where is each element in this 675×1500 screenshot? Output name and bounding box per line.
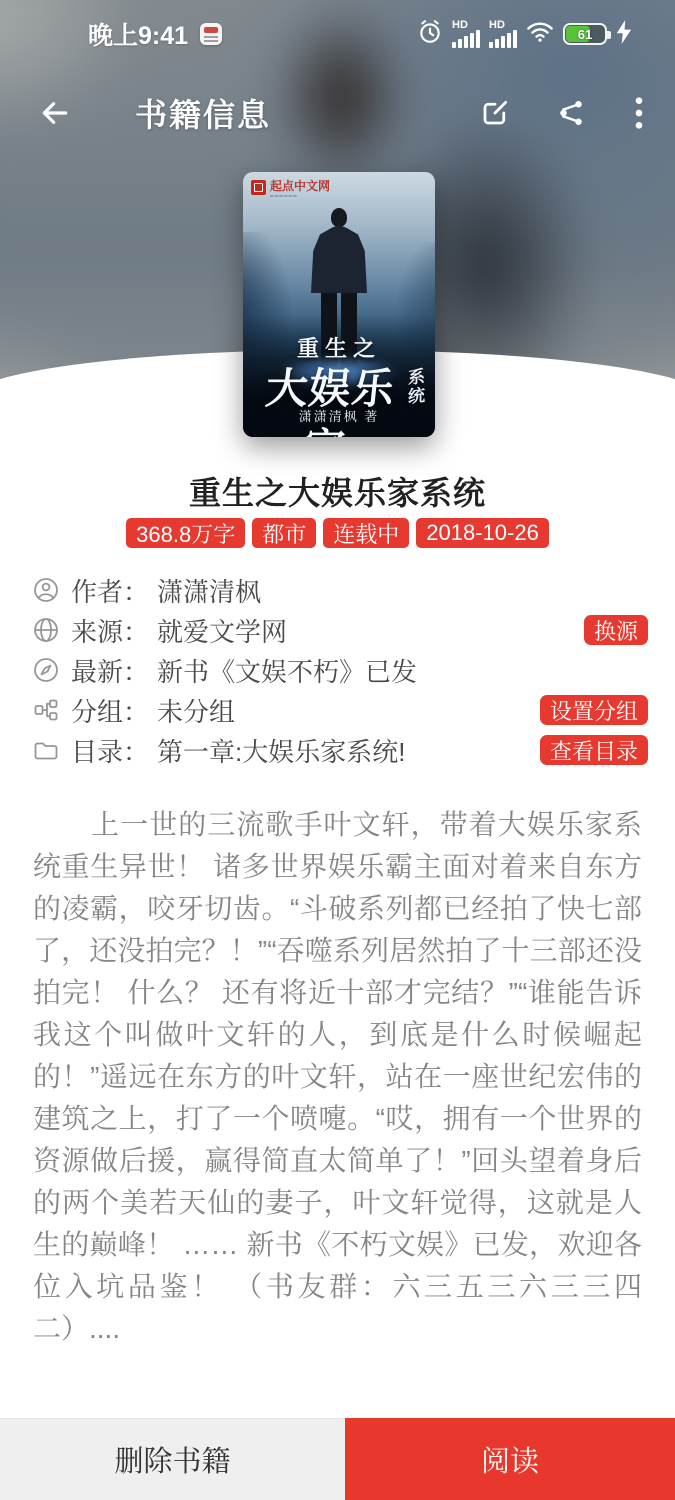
battery-percent: 61: [565, 25, 605, 43]
edit-icon[interactable]: [475, 93, 515, 133]
qidian-logo: 起点中文网 ━━━━━━: [251, 180, 330, 200]
row-author: 作者： 潇潇清枫: [0, 570, 675, 610]
row-catalog: 目录： 第一章:大娱乐家系统! 查看目录: [0, 730, 675, 770]
globe-icon: [33, 617, 59, 643]
share-icon[interactable]: [551, 93, 591, 133]
reader-app-notification-icon: [200, 23, 222, 45]
alarm-icon: [417, 19, 443, 50]
source-value: 就爱文学网: [157, 612, 287, 649]
book-info-card: 重生之大娱乐家系统 368.8万字 都市 连载中 2018-10-26 作者： …: [0, 400, 675, 1418]
bottom-action-bar: 删除书籍 阅读: [0, 1418, 675, 1500]
tag-row: 368.8万字 都市 连载中 2018-10-26: [0, 518, 675, 548]
sim2-signal-icon: HD: [489, 21, 517, 48]
group-value: 未分组: [157, 692, 235, 729]
group-icon: [33, 697, 59, 723]
row-source: 来源： 就爱文学网 换源: [0, 610, 675, 650]
cover-author-credit: 潇潇清枫 著: [243, 406, 435, 425]
status-time: 晚上9:41: [88, 16, 188, 52]
author-value: 潇潇清枫: [157, 572, 261, 609]
row-latest: 最新： 新书《文娱不朽》已发: [0, 650, 675, 690]
book-description: 上一世的三流歌手叶文轩，带着大娱乐家系统重生异世！ 诸多世界娱乐霸主面对着来自东…: [0, 804, 675, 1350]
tag-genre: 都市: [252, 518, 316, 548]
folder-icon: [33, 737, 59, 763]
page-title: 书籍信息: [135, 90, 271, 136]
tag-status: 连载中: [323, 518, 409, 548]
delete-book-button[interactable]: 删除书籍: [0, 1418, 345, 1500]
first-chapter-value: 第一章:大娱乐家系统!: [157, 732, 405, 769]
status-bar: 晚上9:41 HD HD 61: [0, 8, 675, 60]
set-group-button[interactable]: 设置分组: [540, 695, 648, 725]
status-icons: HD HD 61: [417, 19, 632, 50]
charging-bolt-icon: [616, 20, 632, 49]
battery-icon: 61: [563, 23, 607, 45]
tag-word-count: 368.8万字: [126, 518, 245, 548]
compass-icon: [33, 657, 59, 683]
book-title: 重生之大娱乐家系统: [0, 468, 675, 514]
row-group: 分组： 未分组 设置分组: [0, 690, 675, 730]
info-rows: 作者： 潇潇清枫 来源： 就爱文学网 换源 最新： 新书《文娱不朽》已发: [0, 570, 675, 770]
change-source-button[interactable]: 换源: [584, 615, 648, 645]
tag-update-date: 2018-10-26: [416, 518, 549, 548]
more-options-icon[interactable]: [627, 93, 651, 133]
sim1-signal-icon: HD: [452, 21, 480, 48]
book-cover[interactable]: 起点中文网 ━━━━━━ 重生之 大娱乐家 系统 潇潇清枫 著: [243, 172, 435, 437]
cover-title-line3: 系统: [402, 367, 427, 408]
app-bar: 书籍信息: [0, 82, 675, 144]
qidian-logo-mark: [251, 180, 266, 195]
latest-chapter-value: 新书《文娱不朽》已发: [157, 652, 417, 689]
wifi-icon: [526, 20, 554, 49]
user-icon: [33, 577, 59, 603]
view-catalog-button[interactable]: 查看目录: [540, 735, 648, 765]
back-icon[interactable]: [35, 93, 75, 133]
read-button[interactable]: 阅读: [345, 1418, 675, 1500]
